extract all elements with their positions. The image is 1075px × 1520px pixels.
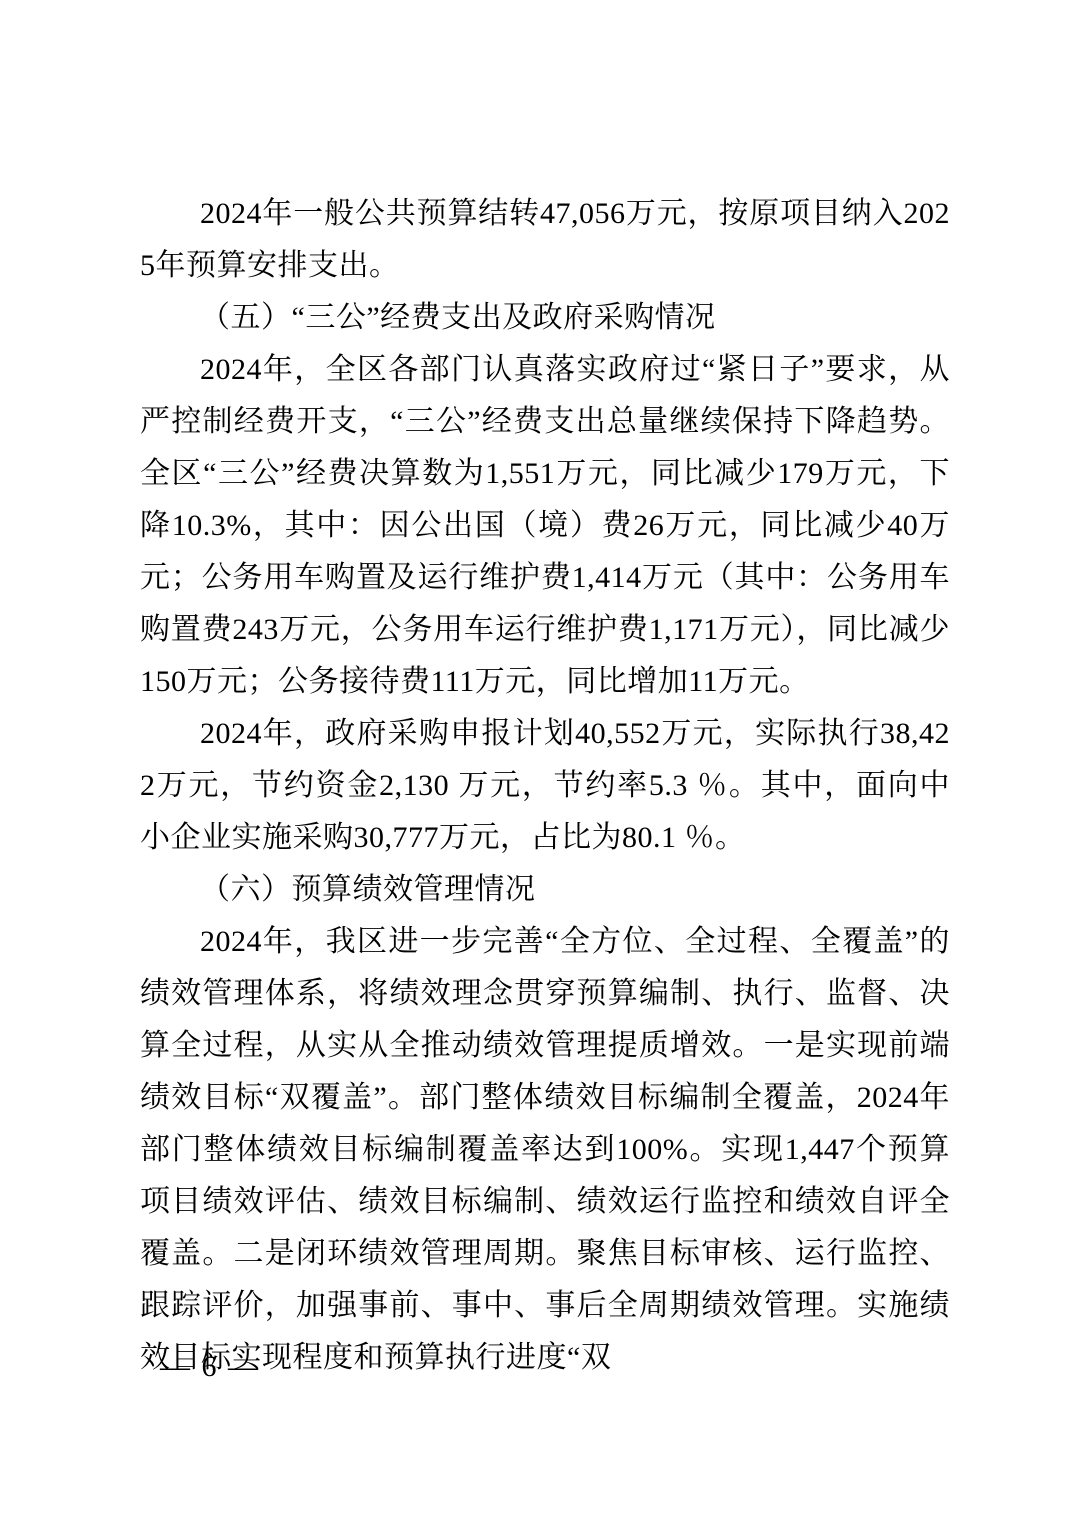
page-number: — 6 — <box>160 1350 260 1384</box>
paragraph: 2024年一般公共预算结转47,056万元，按原项目纳入2025年预算安排支出。 <box>140 188 950 292</box>
document-body: 2024年一般公共预算结转47,056万元，按原项目纳入2025年预算安排支出。… <box>140 188 950 1384</box>
document-page: 2024年一般公共预算结转47,056万元，按原项目纳入2025年预算安排支出。… <box>0 0 1075 1520</box>
paragraph: 2024年，我区进一步完善“全方位、全过程、全覆盖”的绩效管理体系，将绩效理念贯… <box>140 916 950 1384</box>
paragraph: 2024年，政府采购申报计划40,552万元，实际执行38,422万元，节约资金… <box>140 708 950 864</box>
section-heading: （六）预算绩效管理情况 <box>140 864 950 916</box>
paragraph: 2024年，全区各部门认真落实政府过“紧日子”要求，从严控制经费开支，“三公”经… <box>140 344 950 708</box>
section-heading: （五）“三公”经费支出及政府采购情况 <box>140 292 950 344</box>
